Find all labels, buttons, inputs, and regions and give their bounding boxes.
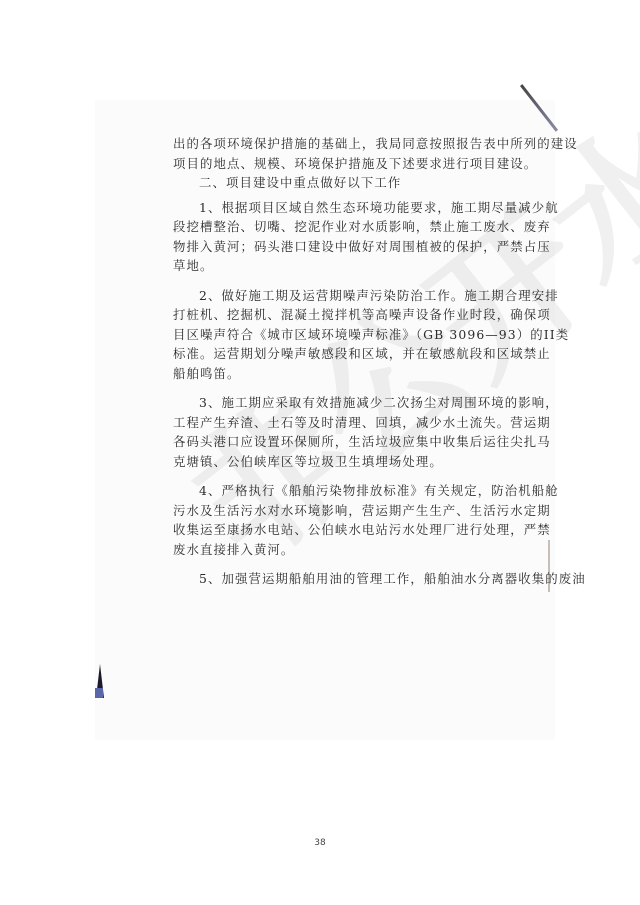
body-line: 2、做好施工期及运营期噪声污染防治工作。施工期合理安排 [173,286,545,306]
body-line: 工程产生弃渣、土石等及时清理、回填，减少水土流失。营运期 [173,413,545,433]
body-line: 各码头港口应设置环保厕所，生活垃圾应集中收集后运往尖扎马 [173,432,545,452]
scan-edge-artifact-blue [95,688,103,698]
document-body: 出的各项环境保护措施的基础上，我局同意按照报告表中所列的建设 项目的地点、规模、… [173,134,545,589]
item-3: 3、施工期应采取有效措施减少二次扬尘对周围环境的影响， 工程产生弃渣、土石等及时… [173,393,545,471]
page-number: 38 [0,838,640,848]
body-line: 收集运至康扬水电站、公伯峡水电站污水处理厂进行处理，严禁 [173,520,545,540]
body-line: 草地。 [173,256,545,276]
body-line: 1、根据项目区域自然生态环境功能要求，施工期尽量减少航 [173,198,545,218]
item-2: 2、做好施工期及运营期噪声污染防治工作。施工期合理安排 打桩机、挖掘机、混凝土搅… [173,286,545,384]
body-line: 物排入黄河；码头港口建设中做好对周围植被的保护，严禁占压 [173,237,545,257]
body-line: 出的各项环境保护措施的基础上，我局同意按照报告表中所列的建设 [173,134,545,154]
body-line: 废水直接排入黄河。 [173,540,545,560]
body-line: 5、加强营运期船舶用油的管理工作，船舶油水分离器收集的废油 [173,569,545,589]
body-line: 污水及生活污水对水环境影响，营运期产生生产、生活污水定期 [173,501,545,521]
body-line: 4、严格执行《船舶污染物排放标准》有关规定，防治机船舱 [173,481,545,501]
item-4: 4、严格执行《船舶污染物排放标准》有关规定，防治机船舱 污水及生活污水对水环境影… [173,481,545,559]
item-5: 5、加强营运期船舶用油的管理工作，船舶油水分离器收集的废油 [173,569,545,589]
body-line: 船舶鸣笛。 [173,364,545,384]
body-line: 目区噪声符合《城市区域环境噪声标准》（GB 3096—93）的II类 [173,325,545,345]
item-1: 1、根据项目区域自然生态环境功能要求，施工期尽量减少航 段挖槽整治、切嘴、挖泥作… [173,198,545,276]
body-line: 标准。运营期划分噪声敏感段和区域，并在敏感航段和区域禁止 [173,344,545,364]
body-line: 项目的地点、规模、环境保护措施及下述要求进行项目建设。 [173,154,545,174]
body-line: 3、施工期应采取有效措施减少二次扬尘对周围环境的影响， [173,393,545,413]
section-heading: 二、项目建设中重点做好以下工作 [173,173,545,193]
body-line: 打桩机、挖掘机、混凝土搅拌机等高噪声设备作业时段，确保项 [173,305,545,325]
body-line: 段挖槽整治、切嘴、挖泥作业对水质影响，禁止施工废水、废弃 [173,217,545,237]
body-line: 克塘镇、公伯峡库区等垃圾卫生填埋场处理。 [173,452,545,472]
